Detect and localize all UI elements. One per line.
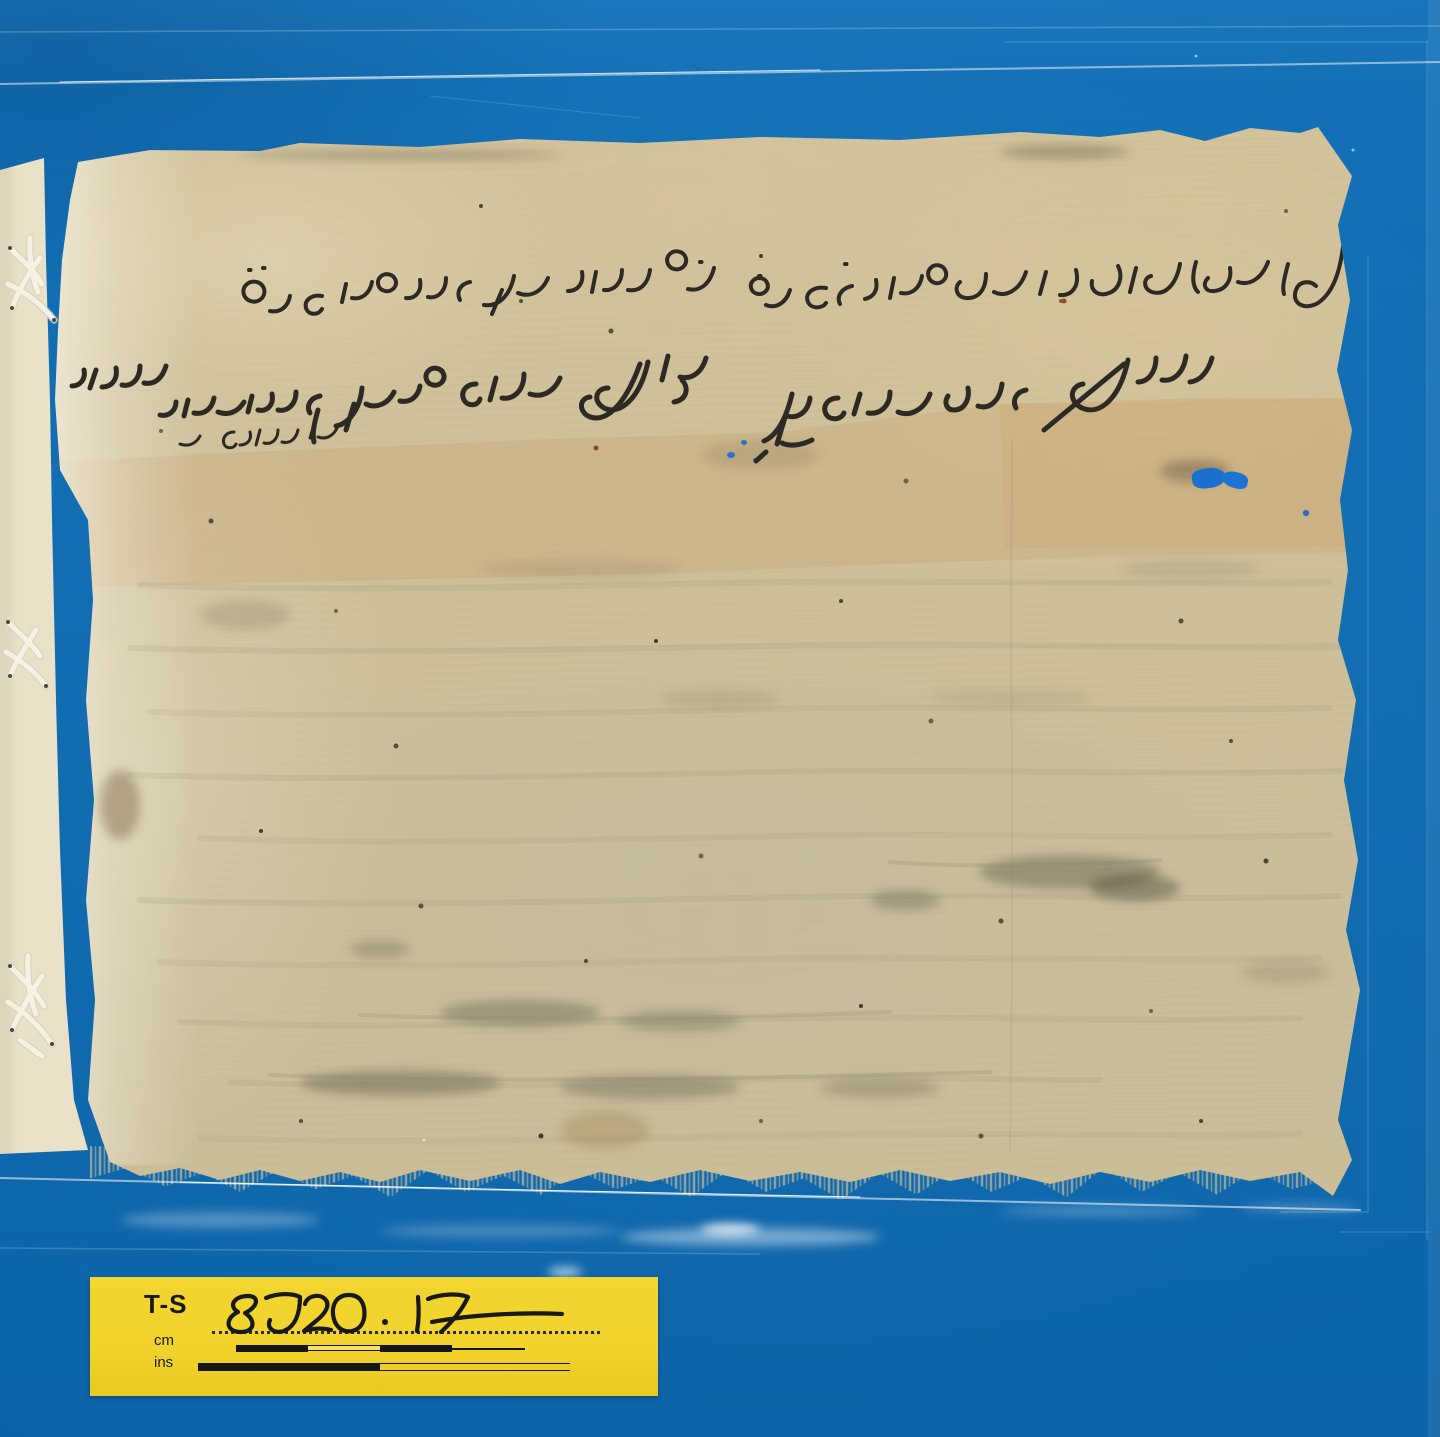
stain [1090,875,1180,901]
sleeve-reflection [380,1224,620,1238]
stain [660,690,780,708]
sleeve-reflection [1000,1206,1200,1216]
sleeve-reflection [700,1224,760,1234]
stain [560,1110,650,1150]
stain [350,940,410,958]
classmark-label: T-S cm ins [90,1277,658,1396]
stain [870,890,940,910]
stain [440,1000,600,1026]
sleeve-reflection [120,1212,320,1228]
stain [700,440,820,470]
stain [200,600,290,630]
blue-paint-spot [727,452,735,458]
blue-paint-spot [741,440,747,445]
stain [300,1070,500,1096]
stain [1240,960,1330,984]
stain [1120,560,1260,580]
sleeve-edge-sheen [1428,0,1440,1437]
stain [820,1078,940,1098]
sleeve-reflection [1240,1204,1360,1212]
stain [240,150,560,160]
stain [930,690,1090,706]
handwriting-line [180,424,338,448]
blue-paint-spot [753,458,758,462]
stain [560,1075,740,1099]
handwriting-line [243,251,714,314]
stain [1000,145,1130,159]
stain [100,770,140,840]
classmark-handwriting [90,1277,658,1396]
stain [480,560,680,578]
handwriting-line [751,247,1343,307]
sleeve-reflection [548,1268,582,1276]
stain [620,1010,740,1032]
